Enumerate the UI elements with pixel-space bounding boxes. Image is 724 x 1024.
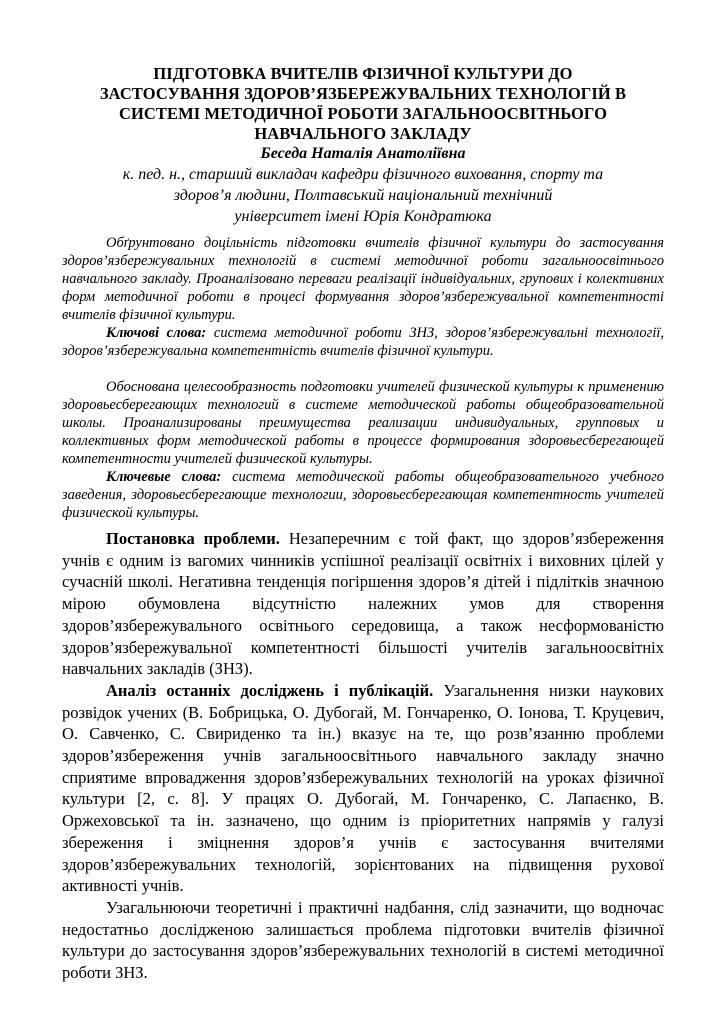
- section-text: Незаперечним є той факт, що здоров’язбер…: [62, 529, 664, 678]
- author-affiliation-line: здоров’я людини, Полтавський національни…: [62, 185, 664, 206]
- paper-title-line: ПІДГОТОВКА ВЧИТЕЛІВ ФІЗИЧНОЇ КУЛЬТУРИ ДО: [62, 64, 664, 84]
- abstract-ukrainian-keywords: Ключові слова: система методичної роботи…: [62, 324, 664, 360]
- paragraph-generalization: Узагальнюючи теоретичні і практичні надб…: [62, 897, 664, 984]
- section-text: Узагальнення низки наукових розвідок уче…: [62, 681, 664, 895]
- abstract-ukrainian: Обґрунтовано доцільність підготовки вчит…: [62, 234, 664, 360]
- abstract-ukrainian-body: Обґрунтовано доцільність підготовки вчит…: [62, 234, 664, 324]
- abstract-russian-keywords: Ключевые слова: система методической раб…: [62, 468, 664, 522]
- abstract-russian-text: Обоснована целесообразность подготовки у…: [62, 379, 664, 467]
- paper-title-line: СИСТЕМІ МЕТОДИЧНОЇ РОБОТИ ЗАГАЛЬНООСВІТН…: [62, 104, 664, 124]
- keywords-label-ukrainian: Ключові слова:: [106, 325, 206, 341]
- author-affiliation: к. пед. н., старший викладач кафедри фіз…: [62, 164, 664, 227]
- abstract-ukrainian-text: Обґрунтовано доцільність підготовки вчит…: [62, 235, 664, 323]
- author-affiliation-line: к. пед. н., старший викладач кафедри фіз…: [62, 164, 664, 185]
- section-text: Узагальнюючи теоретичні і практичні надб…: [62, 898, 664, 982]
- paper-title: ПІДГОТОВКА ВЧИТЕЛІВ ФІЗИЧНОЇ КУЛЬТУРИ ДО…: [62, 64, 664, 144]
- main-text: Постановка проблеми. Незаперечним є той …: [62, 528, 664, 984]
- paragraph-analysis-of-research: Аналіз останніх досліджень і публікацій.…: [62, 680, 664, 897]
- paper-title-line: НАВЧАЛЬНОГО ЗАКЛАДУ: [62, 124, 664, 144]
- section-heading: Постановка проблеми.: [106, 529, 280, 548]
- document-page: ПІДГОТОВКА ВЧИТЕЛІВ ФІЗИЧНОЇ КУЛЬТУРИ ДО…: [0, 0, 724, 1024]
- paragraph-problem-statement: Постановка проблеми. Незаперечним є той …: [62, 528, 664, 680]
- abstract-russian: Обоснована целесообразность подготовки у…: [62, 378, 664, 522]
- paper-title-line: ЗАСТОСУВАННЯ ЗДОРОВ’ЯЗБЕРЕЖУВАЛЬНИХ ТЕХН…: [62, 84, 664, 104]
- author-name: Беседа Наталія Анатоліївна: [62, 144, 664, 164]
- author-affiliation-line: університет імені Юрія Кондратюка: [62, 206, 664, 227]
- keywords-label-russian: Ключевые слова:: [106, 469, 221, 485]
- section-heading: Аналіз останніх досліджень і публікацій.: [106, 681, 433, 700]
- abstract-russian-body: Обоснована целесообразность подготовки у…: [62, 378, 664, 468]
